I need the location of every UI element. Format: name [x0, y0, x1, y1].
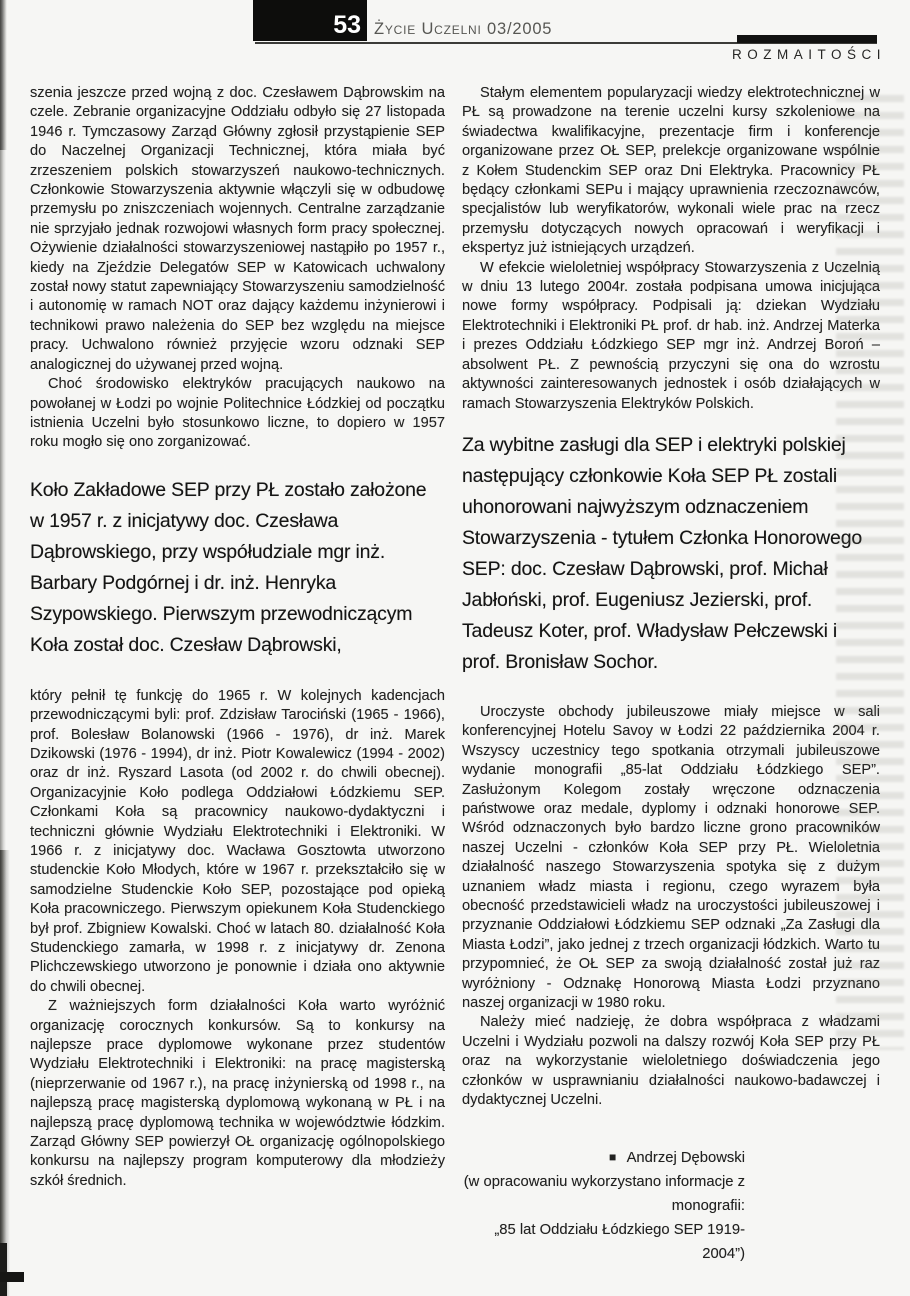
paragraph: Należy mieć nadzieję, że dobra współprac…	[462, 1013, 880, 1110]
section-label: ROZMAITOŚCI	[732, 47, 880, 62]
byline-credit-line: „85 lat Oddziału Łódzkiego SEP 1919-2004…	[462, 1218, 745, 1266]
paragraph: Z ważniejszych form działalności Koła wa…	[30, 997, 445, 1191]
paragraph: Uroczyste obchody jubileuszowe miały mie…	[462, 703, 880, 1014]
square-bullet-icon: ■	[609, 1150, 616, 1164]
byline-credit-line: (w opracowaniu wykorzystano informacje z…	[462, 1170, 745, 1218]
byline-author-line: ■ Andrzej Dębowski	[462, 1146, 745, 1170]
page-bleed-through	[836, 95, 904, 1050]
page-number-badge: 53	[253, 0, 367, 41]
paragraph: który pełnił tę funkcję do 1965 r. W kol…	[30, 687, 445, 998]
paragraph: szenia jeszcze przed wojną z doc. Czesła…	[30, 84, 445, 375]
section-bar	[737, 35, 877, 43]
paragraph: Choć środowisko elektryków pracujących n…	[30, 375, 445, 453]
scan-edge-artifact	[0, 850, 10, 1296]
scan-corner-mark	[0, 1243, 7, 1296]
scan-edge-artifact	[0, 0, 7, 150]
pull-quote: Za wybitne zasługi dla SEP i elektryki p…	[462, 430, 880, 678]
right-column: Stałym elementem popularyzacji wiedzy el…	[462, 84, 880, 1266]
scanned-magazine-page: 53 Życie Uczelni 03/2005 ROZMAITOŚCI sze…	[0, 0, 910, 1296]
byline: ■ Andrzej Dębowski (w opracowaniu wykorz…	[462, 1146, 880, 1266]
journal-title: Życie Uczelni 03/2005	[374, 20, 552, 39]
paragraph: W efekcie wieloletniej współpracy Stowar…	[462, 259, 880, 414]
scan-corner-mark	[0, 1272, 24, 1282]
page-number: 53	[333, 13, 367, 41]
byline-author: Andrzej Dębowski	[627, 1150, 745, 1166]
pull-quote: Koło Zakładowe SEP przy PŁ zostało założ…	[30, 475, 445, 661]
paragraph: Stałym elementem popularyzacji wiedzy el…	[462, 84, 880, 259]
left-column: szenia jeszcze przed wojną z doc. Czesła…	[30, 84, 445, 1191]
